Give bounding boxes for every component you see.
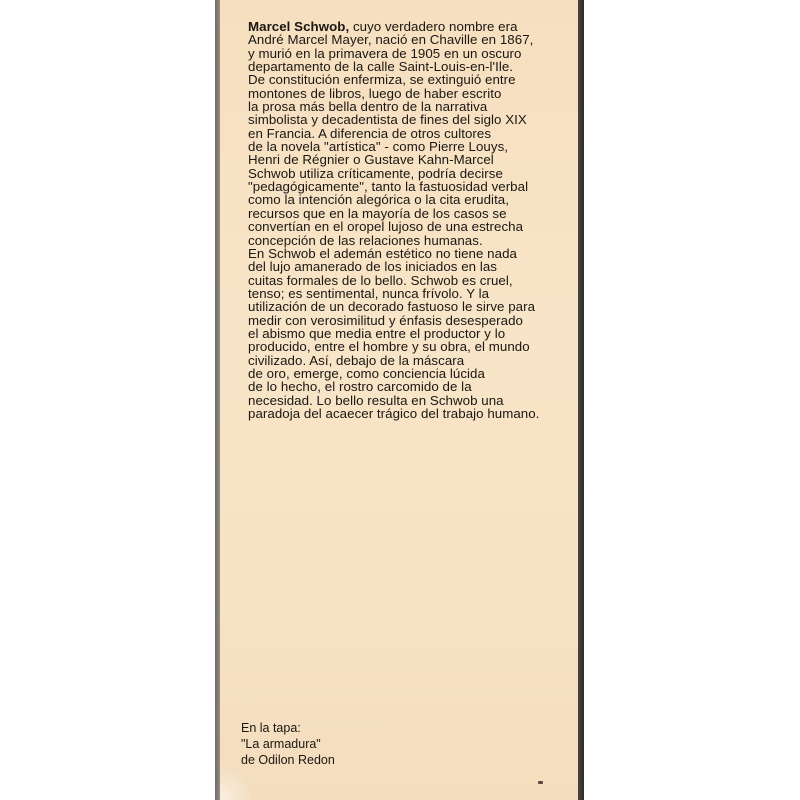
- text-line: cuitas formales de lo bello. Schwob es c…: [248, 274, 578, 287]
- biography-text: Marcel Schwob, cuyo verdadero nombre era…: [248, 20, 578, 420]
- credit-line: En la tapa:: [241, 720, 335, 736]
- text-line: utilización de un decorado fastuoso le s…: [248, 300, 578, 313]
- text-line: medir con verosimilitud y énfasis desesp…: [248, 314, 578, 327]
- page-right-edge: [578, 0, 584, 800]
- text-line: departamento de la calle Saint-Louis-en-…: [248, 60, 578, 73]
- text-line: Henri de Régnier o Gustave Kahn-Marcel: [248, 153, 578, 166]
- text-line: convertían en el oropel lujoso de una es…: [248, 220, 578, 233]
- text-line: civilizado. Así, debajo de la máscara: [248, 354, 578, 367]
- text-line: y murió en la primavera de 1905 en un os…: [248, 47, 578, 60]
- cover-credit: En la tapa: "La armadura" de Odilon Redo…: [241, 720, 335, 768]
- text-line: la prosa más bella dentro de la narrativ…: [248, 100, 578, 113]
- text-line: el abismo que media entre el productor y…: [248, 327, 578, 340]
- text-line: simbolista y decadentista de fines del s…: [248, 113, 578, 126]
- text-line: necesidad. Lo bello resulta en Schwob un…: [248, 394, 578, 407]
- text-line: André Marcel Mayer, nació en Chaville en…: [248, 33, 578, 46]
- text-line: De constitución enfermiza, se extinguió …: [248, 73, 578, 86]
- text-line: tenso; es sentimental, nunca frívolo. Y …: [248, 287, 578, 300]
- text-line: paradoja del acaecer trágico del trabajo…: [248, 407, 578, 420]
- printer-mark: [538, 781, 543, 784]
- text-line: Schwob utiliza críticamente, podría deci…: [248, 167, 578, 180]
- text-line: "pedagógicamente", tanto la fastuosidad …: [248, 180, 578, 193]
- text-line: Marcel Schwob, cuyo verdadero nombre era: [248, 20, 578, 33]
- text-line: montones de libros, luego de haber escri…: [248, 87, 578, 100]
- text-line: recursos que en la mayoría de los casos …: [248, 207, 578, 220]
- text-line: En Schwob el ademán estético no tiene na…: [248, 247, 578, 260]
- text-line: de oro, emerge, como conciencia lúcida: [248, 367, 578, 380]
- book-flap-page: Marcel Schwob, cuyo verdadero nombre era…: [220, 0, 578, 800]
- credit-line: "La armadura": [241, 736, 335, 752]
- text-line: del lujo amanerado de los iniciados en l…: [248, 260, 578, 273]
- text-line: de la novela "artística" - como Pierre L…: [248, 140, 578, 153]
- text-line: concepción de las relaciones humanas.: [248, 234, 578, 247]
- text-line: producido, entre el hombre y su obra, el…: [248, 340, 578, 353]
- credit-line: de Odilon Redon: [241, 752, 335, 768]
- text-line: en Francia. A diferencia de otros cultor…: [248, 127, 578, 140]
- text-line: de lo hecho, el rostro carcomido de la: [248, 380, 578, 393]
- text-line: como la intención alegórica o la cita er…: [248, 193, 578, 206]
